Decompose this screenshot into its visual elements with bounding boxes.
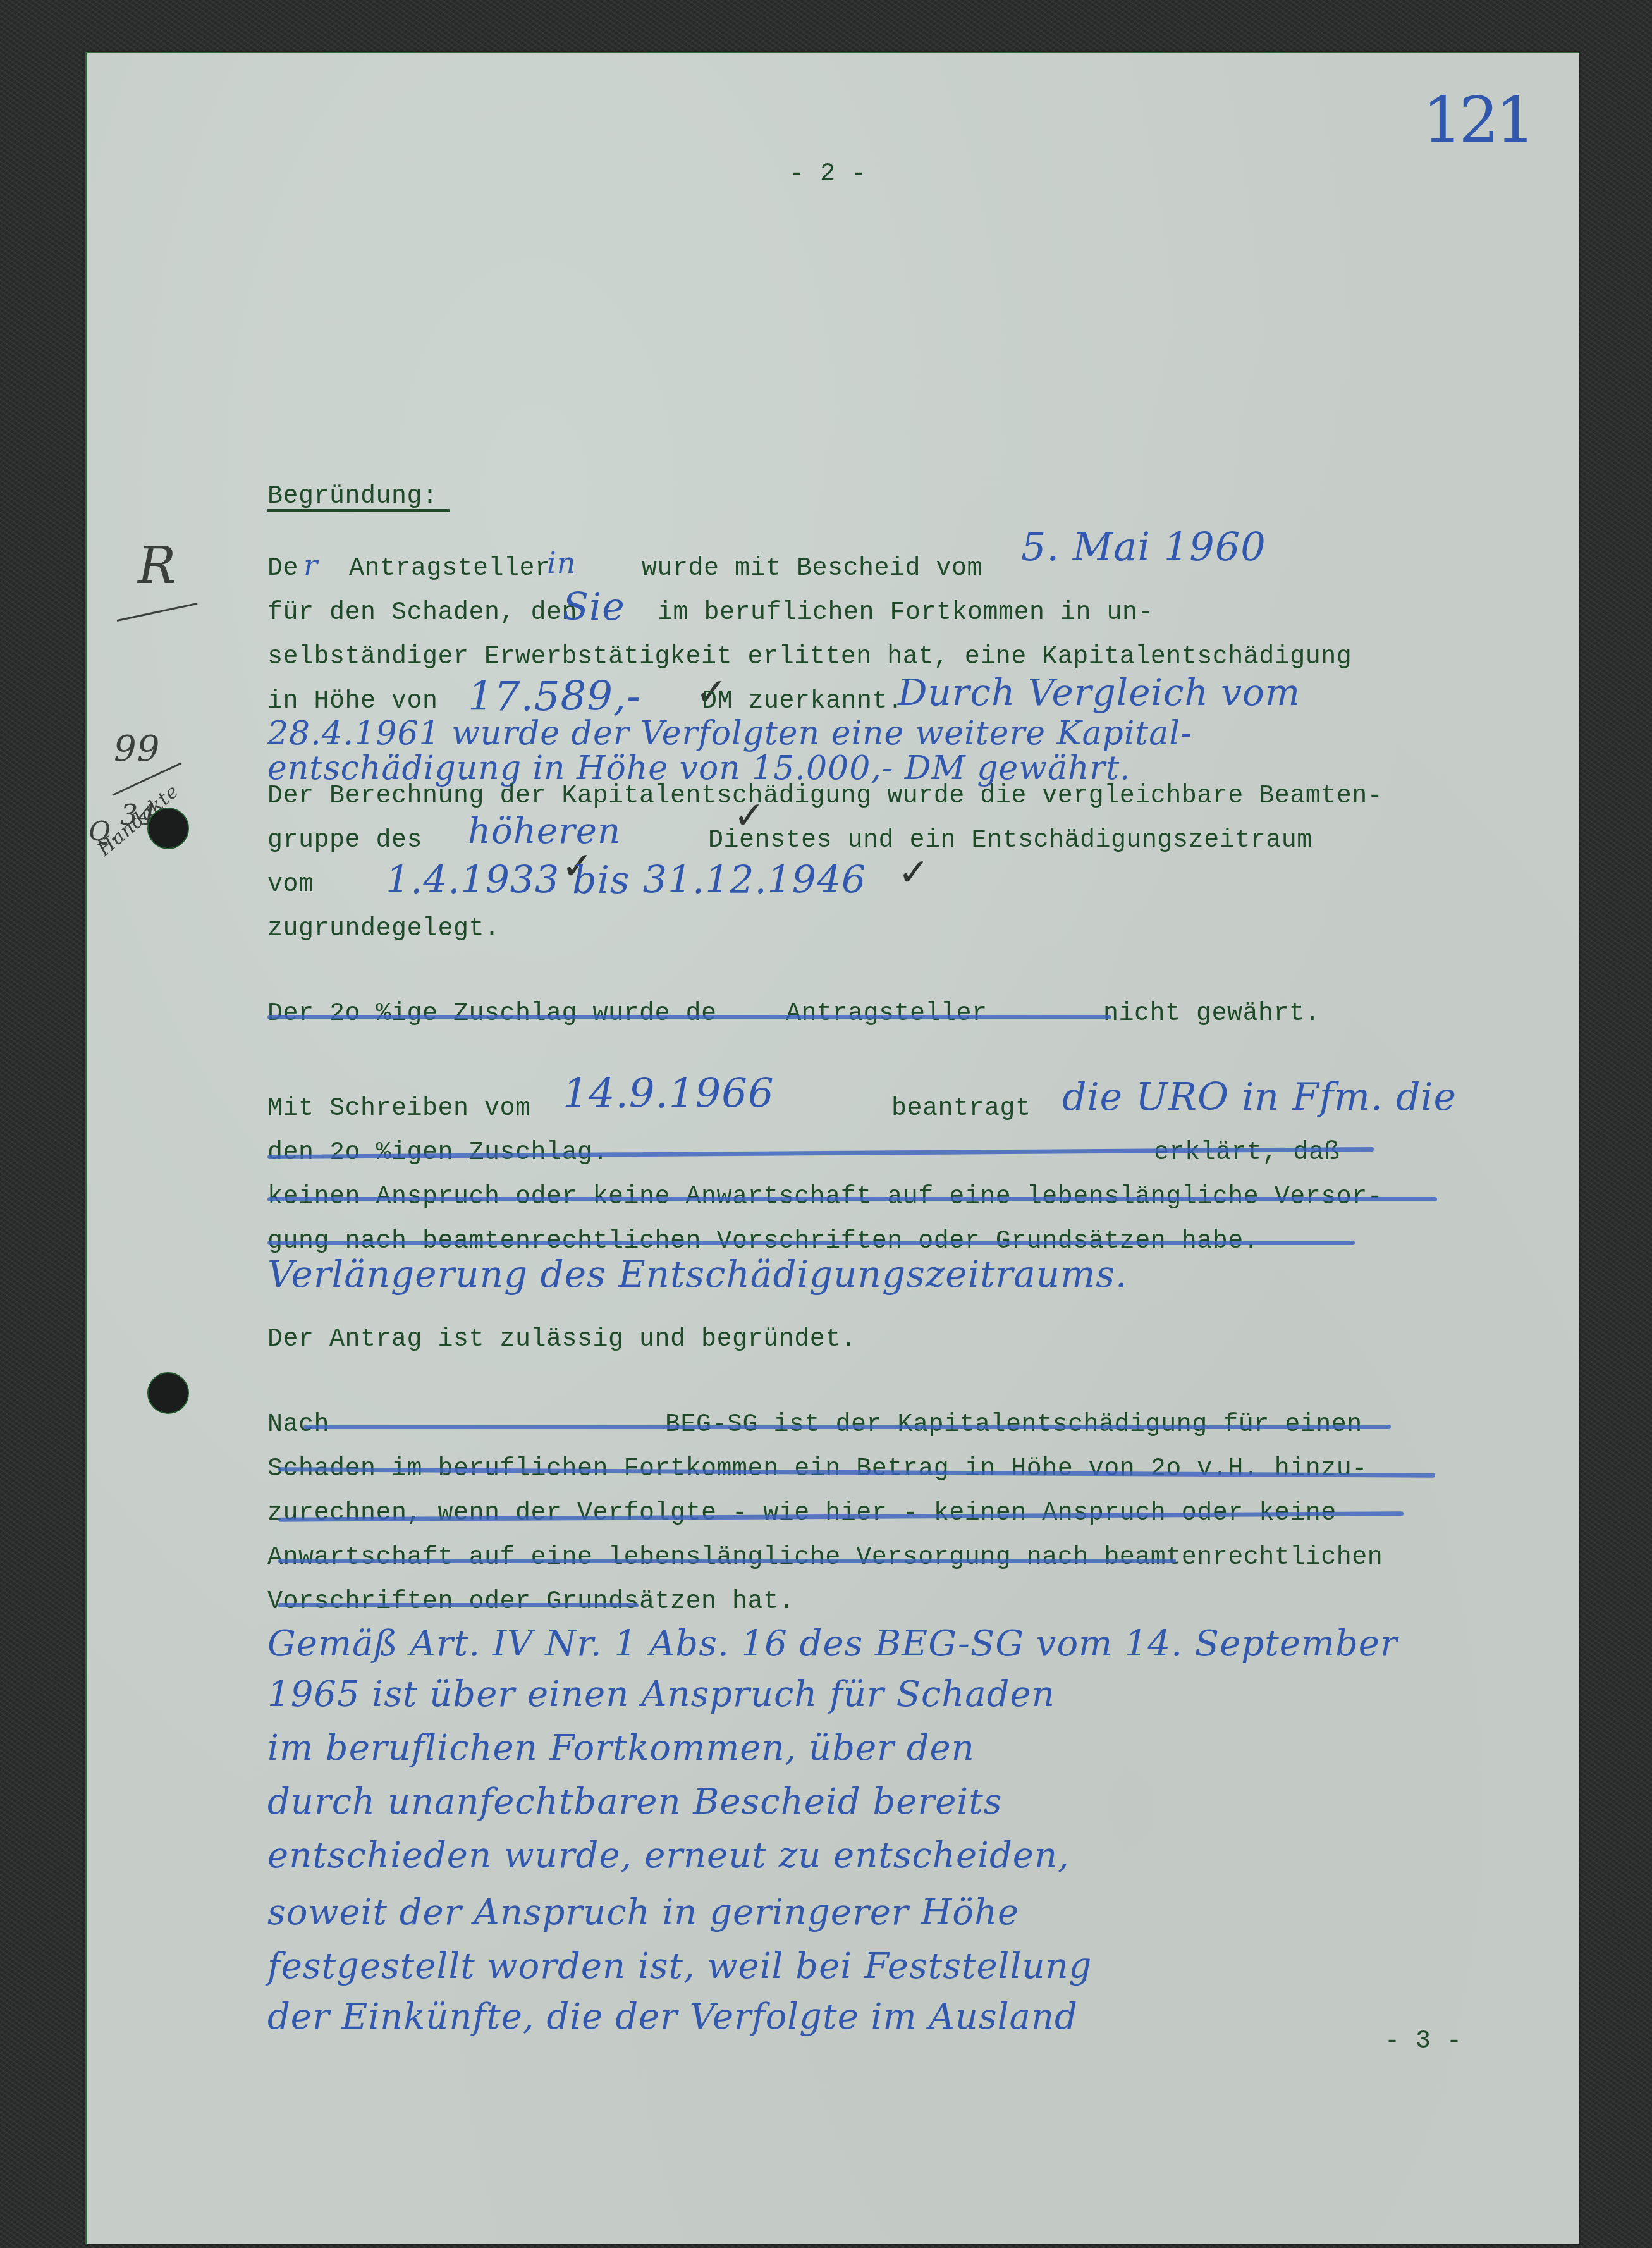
p7-hand-line4: durch unanfechtbaren Bescheid bereits bbox=[267, 1783, 1003, 1821]
p1-hand-vergleich: Durch Vergleich vom bbox=[898, 673, 1300, 711]
p2-hand-hoeheren: höheren bbox=[468, 813, 621, 851]
strike-line bbox=[267, 1015, 1111, 1019]
p1-hand-r: r bbox=[303, 546, 318, 584]
p1-line4-b: DM zuerkannt. bbox=[702, 687, 903, 717]
p2-line2-b: Dienstes und ein Entschädigungszeitraum bbox=[708, 826, 1312, 856]
p7-hand-line3: im beruflichen Fortkommen, über den bbox=[267, 1729, 975, 1767]
footer-next-page: - 3 - bbox=[1385, 2027, 1462, 2057]
p2-period: 1.4.1933 bis 31.12.1946 bbox=[386, 861, 866, 899]
p1-hand-line5: 28.4.1961 wurde der Verfolgten eine weit… bbox=[267, 715, 1192, 752]
strike-line bbox=[267, 1197, 1437, 1201]
p7-hand-line7: festgestellt worden ist, weil bei Festst… bbox=[267, 1948, 1092, 1986]
strike-line bbox=[267, 1241, 1355, 1245]
strike-line bbox=[278, 1603, 639, 1607]
p4-hand-verlaengerung: Verlängerung des Entschädigungszeitraums… bbox=[267, 1255, 1127, 1293]
p1-line1-c: wurde mit Bescheid vom bbox=[642, 554, 982, 584]
p6-line4: Anwartschaft auf eine lebenslängliche Ve… bbox=[267, 1543, 1383, 1573]
p7-hand-line6: soweit der Anspruch in geringerer Höhe bbox=[267, 1894, 1019, 1932]
checkmark: ✓ bbox=[898, 851, 929, 895]
section-heading: Begründung: bbox=[267, 482, 438, 512]
strike-line bbox=[303, 1425, 1391, 1429]
p7-hand-line1: Gemäß Art. IV Nr. 1 Abs. 16 des BEG-SG v… bbox=[267, 1625, 1398, 1663]
p2-line2-a: gruppe des bbox=[267, 826, 422, 856]
p4-line1-b: beantragt bbox=[891, 1094, 1031, 1124]
p2-line3-a: vom bbox=[267, 870, 314, 900]
p1-amount: 17.589,- bbox=[468, 678, 641, 716]
p7-hand-line8: der Einkünfte, die der Verfolgte im Ausl… bbox=[267, 1998, 1078, 2036]
margin-initial: R bbox=[138, 547, 176, 585]
p1-line4-a: in Höhe von bbox=[267, 687, 438, 717]
margin-fraction-top: 99 bbox=[114, 730, 160, 768]
p4-line1-a: Mit Schreiben vom bbox=[267, 1094, 531, 1124]
p4-hand-uro: die URO in Ffm. die bbox=[1062, 1078, 1457, 1116]
p6-line5: Vorschriften oder Grundsätzen hat. bbox=[267, 1587, 794, 1618]
p7-hand-line5: entschieden wurde, erneut zu entscheiden… bbox=[267, 1837, 1070, 1875]
p1-line2-a: für den Schaden, den bbox=[267, 598, 577, 629]
p3-text-a: Der 2o %ige Zuschlag wurde de bbox=[267, 999, 717, 1029]
punch-hole-bottom bbox=[147, 1372, 189, 1414]
folio-number: 121 bbox=[1423, 101, 1532, 139]
p1-line2-b: im beruflichen Fortkommen in un- bbox=[658, 598, 1153, 629]
p1-line1-a: De bbox=[267, 554, 298, 584]
p1-line1-b: Antragsteller bbox=[349, 554, 551, 584]
p4-line2-b: erklärt, daß bbox=[1154, 1138, 1340, 1169]
p4-date: 14.9.1966 bbox=[563, 1075, 774, 1113]
p3-text-c: nicht gewährt. bbox=[1103, 999, 1320, 1029]
p3-text-b: Antragsteller bbox=[786, 999, 988, 1029]
p1-hand-in: in bbox=[547, 544, 576, 582]
p1-line3: selbständiger Erwerbstätigkeit erlitten … bbox=[267, 642, 1352, 673]
heading-underline bbox=[267, 509, 450, 512]
p2-line4: zugrundegelegt. bbox=[267, 914, 500, 945]
p5-line1: Der Antrag ist zulässig und begründet. bbox=[267, 1325, 856, 1355]
page-header: - 2 - bbox=[789, 159, 867, 190]
punch-hole-top bbox=[147, 808, 189, 849]
p7-hand-line2: 1965 ist über einen Anspruch für Schaden bbox=[267, 1676, 1055, 1714]
p1-date: 5. Mai 1960 bbox=[1021, 528, 1266, 566]
p2-line1: Der Berechnung der Kapitalentschädigung … bbox=[267, 782, 1383, 812]
strike-line bbox=[278, 1559, 1176, 1563]
p1-hand-sie: Sie bbox=[563, 588, 625, 626]
